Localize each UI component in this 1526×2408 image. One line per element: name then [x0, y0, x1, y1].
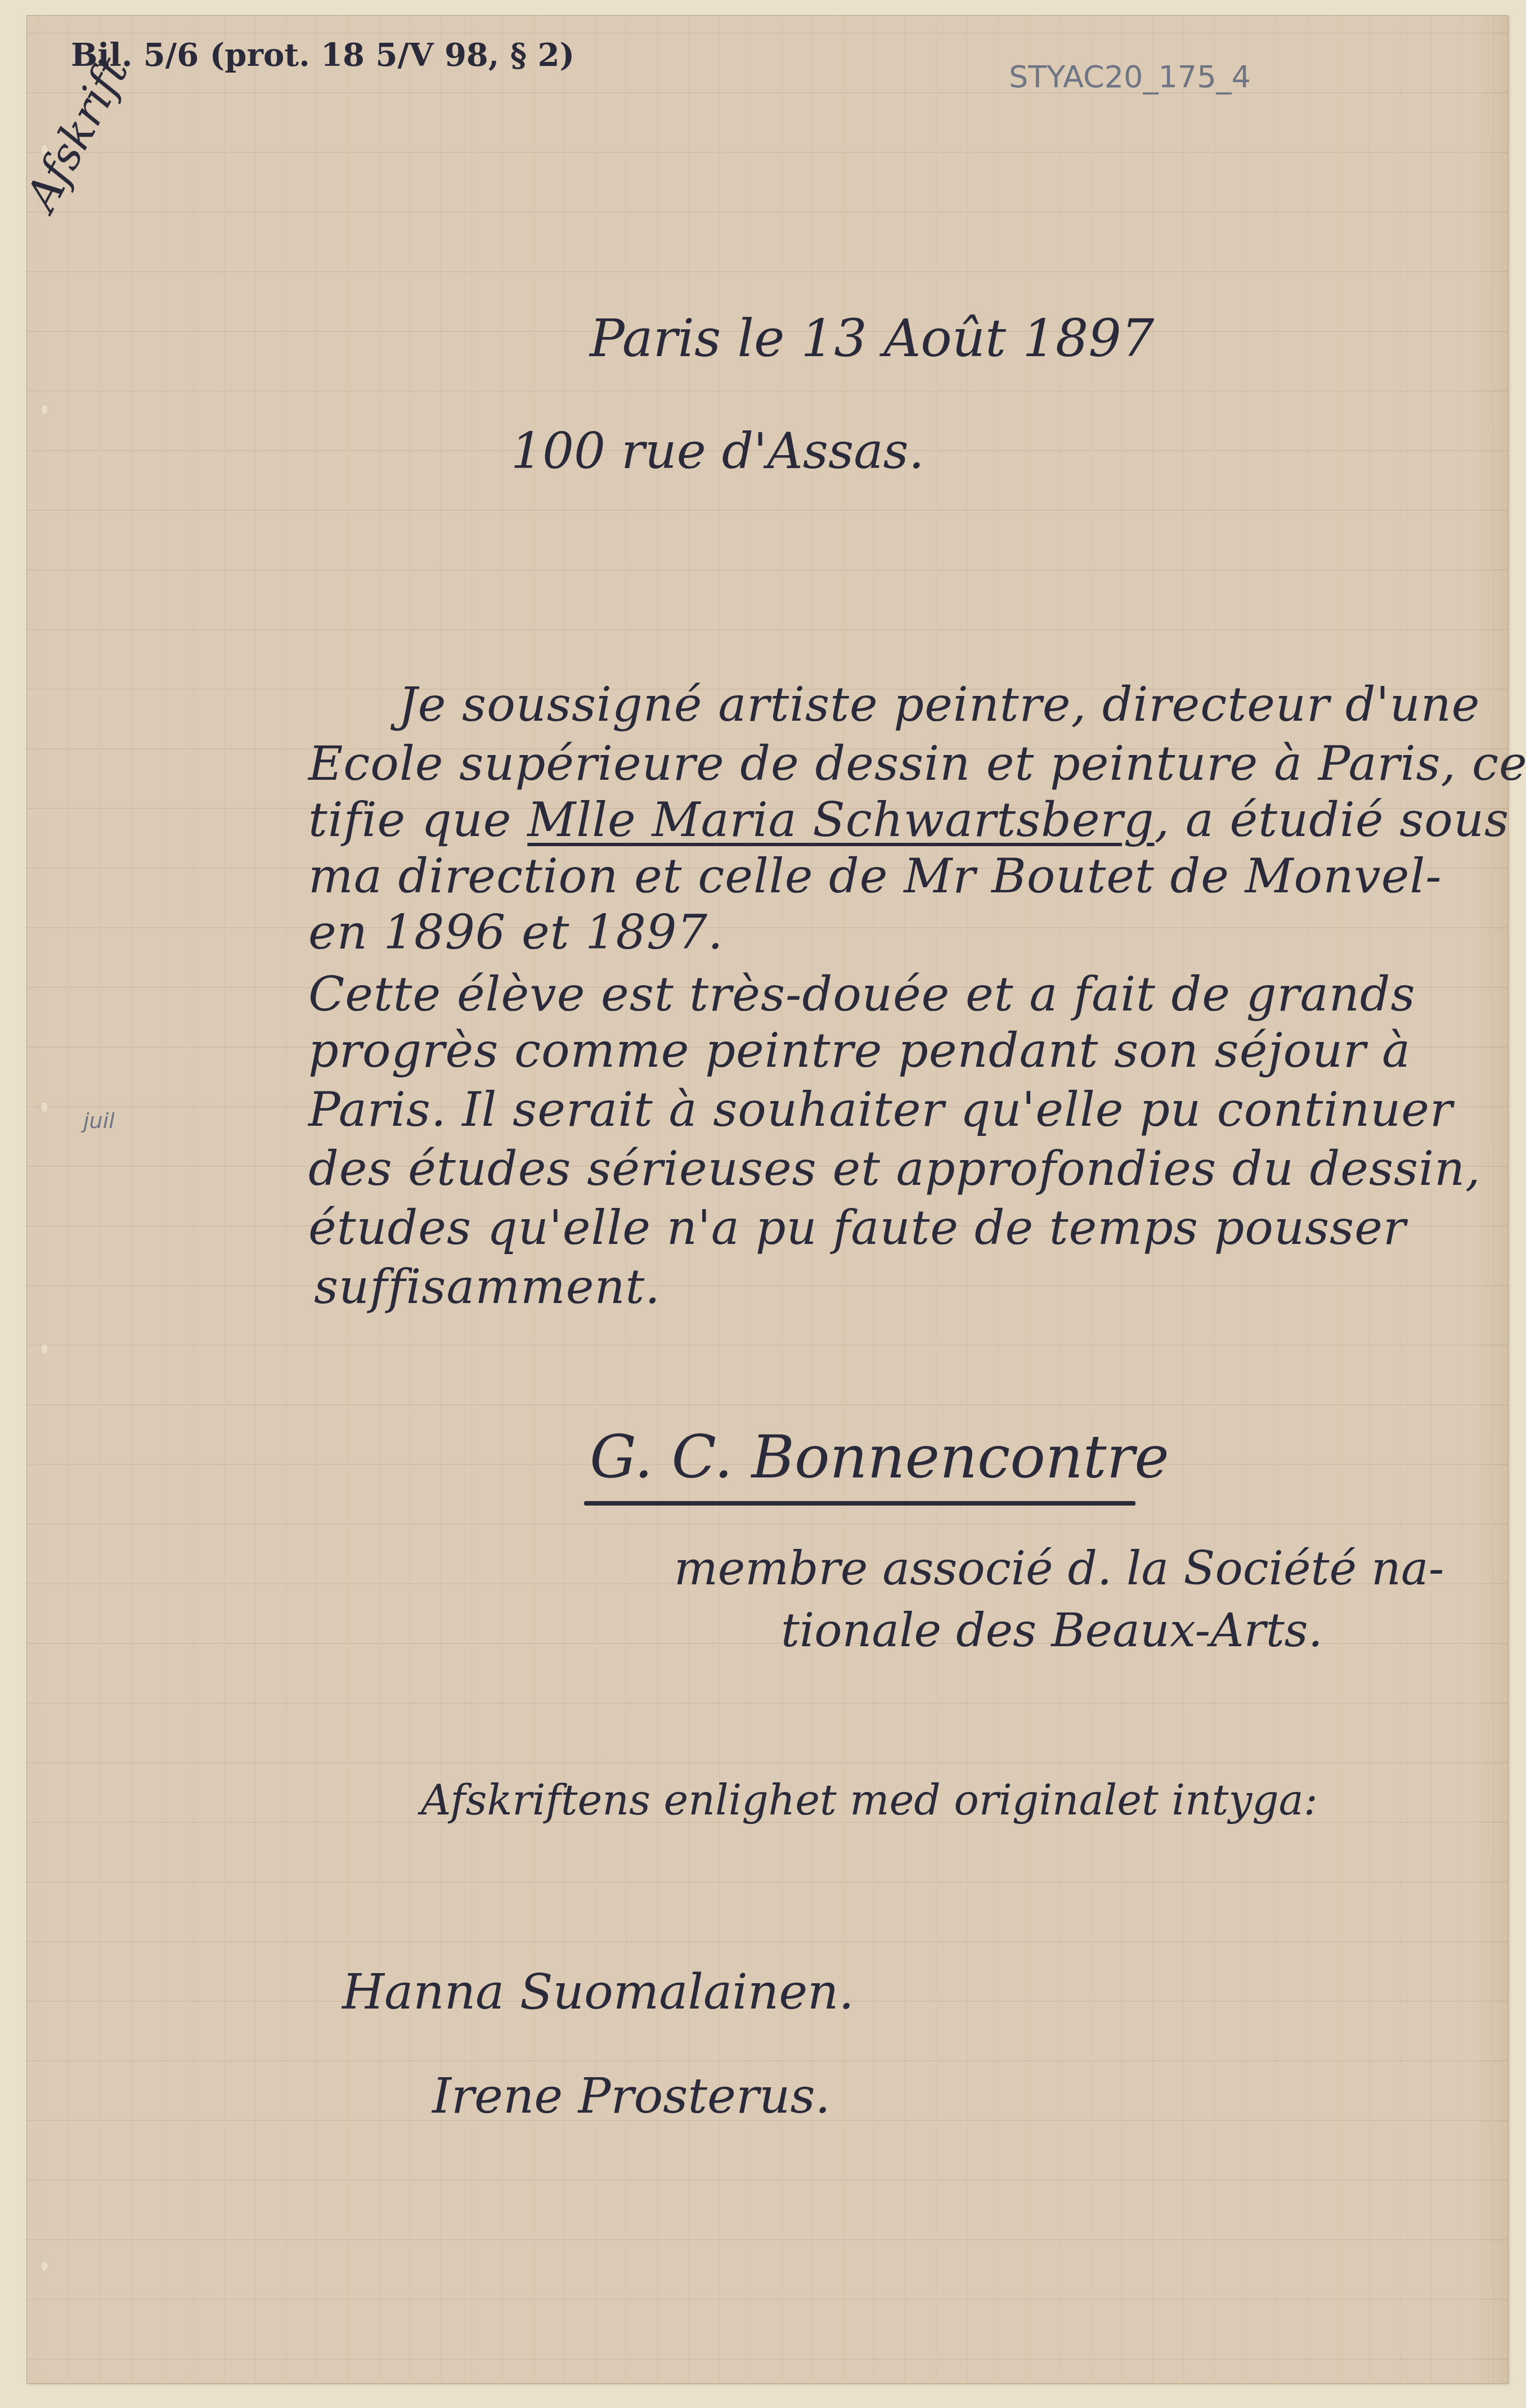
body-line-6: Cette élève est très-douée et a fait de …	[308, 967, 1416, 1022]
signer-title-line-1: membre associé d. la Société na-	[674, 1546, 1444, 1592]
copy-marginal-note: Afskrift	[19, 51, 136, 217]
body-line-8: Paris. Il serait à souhaiter qu'elle pu …	[308, 1082, 1453, 1137]
document-sheet: Bil. 5/6 (prot. 18 5/V 98, § 2) Afskrift…	[27, 16, 1508, 2383]
address: 100 rue d'Assas.	[511, 426, 924, 476]
body-line-3-suffix: , a étudié sous	[1154, 792, 1509, 847]
body-line-4: ma direction et celle de Mr Boutet de Mo…	[308, 848, 1442, 904]
punch-hole	[41, 1102, 48, 1113]
archive-reference: Bil. 5/6 (prot. 18 5/V 98, § 2)	[71, 39, 575, 71]
signature: G. C. Bonnencontre	[590, 1428, 1169, 1486]
body-line-7: progrès comme peintre pendant son séjour…	[308, 1023, 1411, 1078]
place-date: Paris le 13 Août 1897	[590, 313, 1154, 365]
punch-hole	[41, 2261, 48, 2272]
witness-signature-1: Hanna Suomalainen.	[342, 1968, 854, 2016]
punch-hole	[41, 404, 48, 415]
pencil-margin-note: juil	[83, 1110, 115, 1131]
signer-title-line-2: tionale des Beaux-Arts.	[781, 1608, 1323, 1654]
body-line-11: suffisamment.	[314, 1259, 661, 1314]
student-name: Mlle Maria Schwartsberg	[527, 792, 1154, 847]
punch-hole	[41, 1344, 48, 1355]
body-line-2: Ecole supérieure de dessin et peinture à…	[308, 736, 1526, 791]
attestation: Afskriftens enlighet med originalet inty…	[421, 1780, 1318, 1821]
body-line-9: des études sérieuses et approfondies du …	[308, 1141, 1481, 1196]
body-line-1: Je soussigné artiste peintre, directeur …	[398, 677, 1480, 732]
signature-underline	[584, 1501, 1135, 1506]
body-line-3-prefix: tifie que	[308, 792, 527, 847]
body-line-3: tifie que Mlle Maria Schwartsberg, a étu…	[308, 792, 1509, 847]
witness-signature-2: Irene Prosterus.	[432, 2072, 831, 2121]
body-line-10: études qu'elle n'a pu faute de temps pou…	[308, 1200, 1406, 1255]
catalog-id: STYAC20_175_4	[1009, 62, 1251, 92]
body-line-5: en 1896 et 1897.	[308, 905, 724, 960]
